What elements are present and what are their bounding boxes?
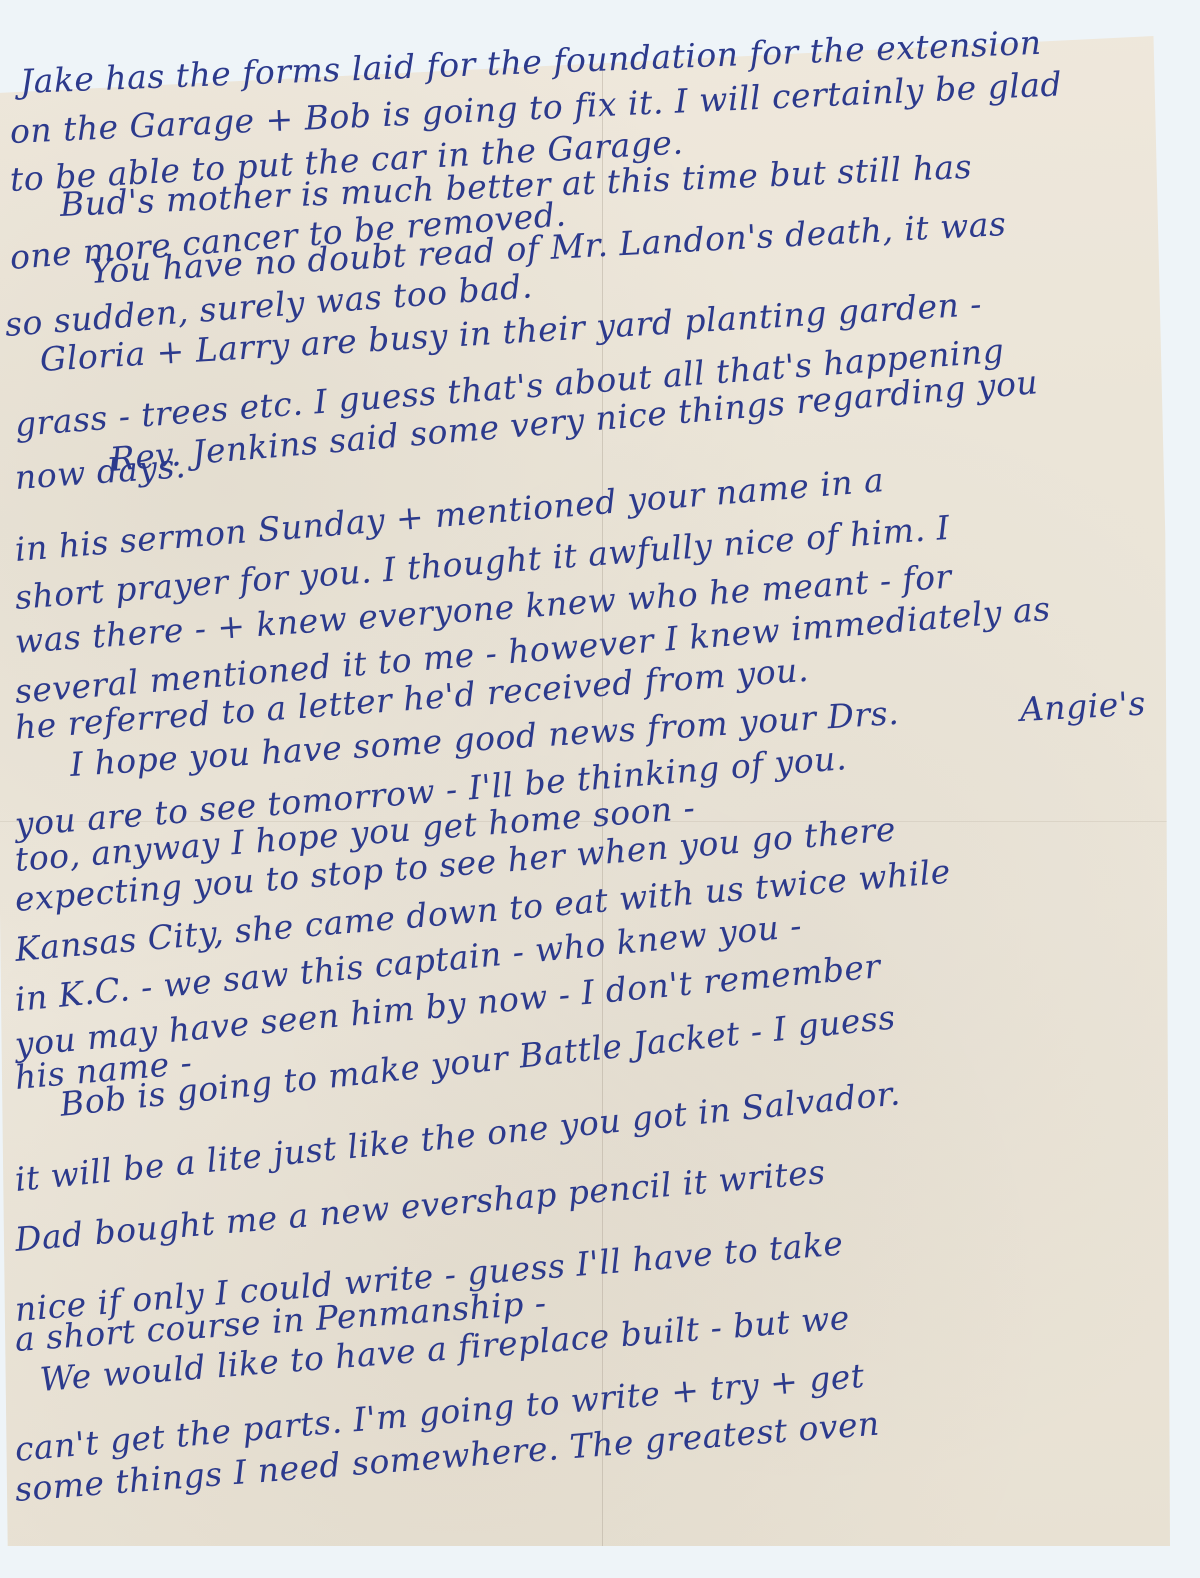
letter-line: Angie's — [1019, 683, 1147, 729]
scan-background: Jake has the forms laid for the foundati… — [0, 0, 1200, 1578]
